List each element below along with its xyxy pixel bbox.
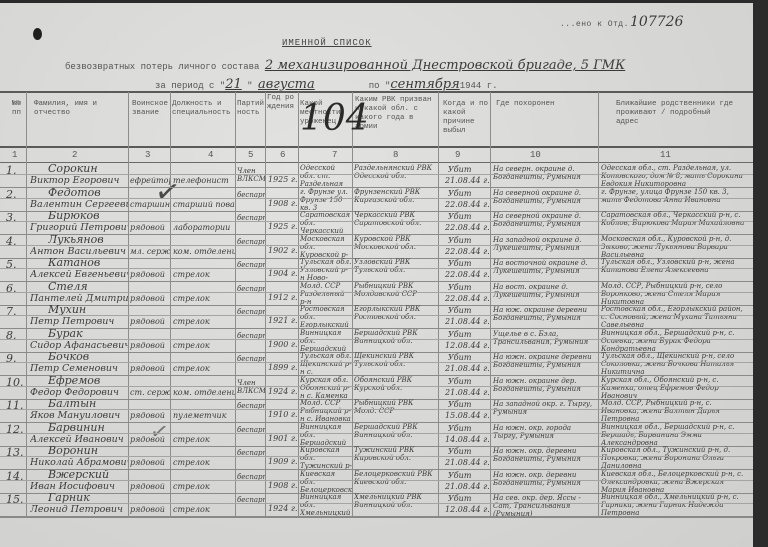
given-names: Николай Абрамович (30, 457, 128, 468)
birthplace: Саратовская обл. Черкасский р-н с. Кобло… (300, 211, 352, 234)
period-to-month: сентября (390, 77, 459, 92)
military-rank: рядовой (130, 294, 170, 303)
military-rank: рядовой (130, 341, 170, 350)
table-row: 3.БирюковГригорий Петровичрядовойлаборат… (0, 211, 753, 235)
military-rank: рядовой (130, 482, 170, 491)
position: ком. отделения (173, 247, 235, 256)
next-of-kin-address: Тульская обл., Узловский р-н, жена Катан… (601, 258, 749, 281)
military-rank: рядовой (130, 435, 170, 444)
birthplace: Ростовская обл. Егорлыкский р-н с. Сосно… (300, 305, 352, 328)
party-membership: беспартийный (237, 191, 265, 211)
table-row: 1.СорокинВиктор Егоровичефрейтортелефони… (0, 164, 753, 188)
loss-date: 12.08.44 г. (445, 505, 489, 514)
burial-place: На западной окраине д. Лукешешты, Румыни… (493, 236, 597, 258)
birthplace: г. Фрунзе ул. Фрунзе 150 кв. 3 (300, 188, 352, 211)
military-rank: ст. сержант (130, 388, 170, 397)
birth-year: 1908 г. (268, 481, 298, 490)
birth-year: 1902 г. (268, 246, 298, 255)
conscription-office: Щекинский РВК Тульской обл. (354, 352, 438, 375)
row-number: 2. (6, 188, 17, 201)
birth-year: 1925 г. (268, 175, 298, 184)
conscription-office: Обоянский РВК Курской обл. (354, 376, 438, 399)
position: стрелок (173, 505, 235, 514)
row-number: 6. (6, 282, 17, 295)
burial-place: На южн. окр. города Тыргу, Румыния (493, 424, 597, 446)
row-subdivider (0, 268, 753, 269)
loss-status: Убит (448, 377, 488, 386)
next-of-kin-address: Винницкая обл., Хмельницкий р-н, с. Гарн… (601, 493, 749, 516)
birthplace: Тульская обл. Узловский р-н Ново-Москов (300, 258, 352, 281)
period-to-prefix: по " (369, 81, 391, 91)
row-number: 4. (6, 235, 17, 248)
row-number: 15. (6, 493, 24, 506)
birthplace: Киевская обл. Белоцерковский р-н с. Олек… (300, 470, 352, 493)
header-col-5: Партийность (237, 100, 264, 118)
header-col-11: Ближайшие родственники где проживают / п… (616, 100, 736, 127)
next-of-kin-address: Московская обл., Куровской р-н, д. Зыков… (601, 235, 749, 258)
row-number: 9. (6, 352, 17, 365)
loss-date: 21.08.44 г. (445, 364, 489, 373)
next-of-kin-address: Молд. ССР, Рыбницкий р-н, село Воронково… (601, 282, 749, 305)
row-subdivider (0, 339, 753, 340)
loss-status: Убит (448, 165, 488, 174)
row-number: 11. (6, 399, 24, 412)
next-of-kin-address: Молд. ССР, Рыбницкий р-н, с. Ивановка, ж… (601, 399, 749, 422)
given-names: Яков Мануилович (30, 410, 128, 421)
colnum-7: 7 (332, 150, 337, 160)
party-membership: беспартийный (237, 449, 265, 469)
document-subtitle: безвозвратных потерь личного состава 2 м… (65, 58, 625, 73)
military-rank: рядовой (130, 364, 170, 373)
conscription-office: Узловский РВК Тульской обл. (354, 258, 438, 281)
burial-place: На южн. окр. деревни Богданешты, Румыния (493, 471, 597, 493)
burial-place: На северной окраине д. Богданешты, Румын… (493, 189, 597, 211)
burial-place: На юж. окраине деревни Богданешты, Румын… (493, 306, 597, 328)
table-row: 13.ВоронинНиколай Абрамовичрядовойстрело… (0, 446, 753, 470)
document-period: за период с "21 " августа по "сентября19… (155, 77, 498, 92)
next-of-kin-address: Киевская обл., Белоцерковский р-н, с. Ол… (601, 470, 749, 493)
row-number: 13. (6, 446, 24, 459)
table-top-border (0, 91, 753, 93)
loss-date: 21.08.44 г. (445, 176, 489, 185)
burial-place: На южн. окраине дер. Богданешты, Румыния (493, 377, 597, 399)
party-membership: беспартийный (237, 355, 265, 375)
birth-year: 1910 г. (268, 410, 298, 419)
loss-status: Убит (448, 353, 488, 362)
document-sheet: ...ено к Отд. 107726 ИМЕННОЙ СПИСОК безв… (0, 0, 753, 547)
conscription-office: Егорлыкский РВК Ростовской обл. (354, 305, 438, 328)
birth-year: 1901 г. (268, 434, 298, 443)
loss-date: 22.08.44 г. (445, 200, 489, 209)
colnum-3: 3 (145, 150, 150, 160)
loss-date: 22.08.44 г. (445, 247, 489, 256)
next-of-kin-address: Тульская обл., Щекинский р-н, село Сокол… (601, 352, 749, 375)
burial-place: На южн. окраине деревни Богданешты, Румы… (493, 353, 597, 375)
loss-status: Убит (448, 330, 488, 339)
header-col-1: №№ пп (12, 100, 26, 118)
military-rank: старшина (130, 200, 170, 209)
row-subdivider (0, 480, 753, 481)
row-number: 7. (6, 305, 17, 318)
birth-year: 1900 г. (268, 340, 298, 349)
party-membership: беспартийный (237, 214, 265, 234)
scan-top-edge (0, 0, 753, 3)
military-rank: рядовой (130, 317, 170, 326)
burial-place: Ущелье в с. Бэла, Трансильвания, Румыния (493, 330, 597, 352)
next-of-kin-address: г. Фрунзе, улица Фрунзе 150 кв. 3, мать … (601, 188, 749, 211)
colnum-11: 11 (660, 150, 671, 160)
loss-date: 21.08.44 г. (445, 482, 489, 491)
colnum-2: 2 (72, 150, 77, 160)
row-number: 3. (6, 211, 17, 224)
birth-year: 1904 г. (268, 269, 298, 278)
loss-status: Убит (448, 424, 488, 433)
loss-status: Убит (448, 400, 488, 409)
given-names: Алексей Евгеньевич (30, 269, 128, 280)
table-bottom-border (0, 517, 753, 518)
conscription-office: Тужинский РВК Кировской обл. (354, 446, 438, 469)
conscription-office: Куровской РВК Московской обл. (354, 235, 438, 258)
burial-place: На северн. окраине д. Богданешты, Румыни… (493, 165, 597, 187)
position: стрелок (173, 341, 235, 350)
next-of-kin-address: Винницкая обл., Бершадский р-н, с. Берша… (601, 423, 749, 446)
party-membership: беспартийный (237, 308, 265, 328)
burial-place: На сев. окр. дер. Яссы - Сат, Трансильва… (493, 494, 597, 516)
loss-date: 21.08.44 г. (445, 388, 489, 397)
position: лаборатории (173, 223, 235, 232)
period-from-month: августа (258, 77, 315, 92)
birth-year: 1921 г. (268, 316, 298, 325)
row-number: 1. (6, 164, 17, 177)
margin-handwritten-number: 104 (300, 98, 369, 139)
conscription-office: Рыбницкий РВК Молд. ССР (354, 399, 438, 422)
birth-year: 1925 г. (268, 222, 298, 231)
position: стрелок (173, 435, 235, 444)
position: стрелок (173, 482, 235, 491)
colnum-8: 8 (393, 150, 398, 160)
row-subdivider (0, 456, 753, 457)
header-col-3: Воинское звание (132, 100, 170, 118)
given-names: Петр Семенович (30, 363, 128, 374)
conscription-office: Бершадский РВК Винницкой обл. (354, 423, 438, 446)
row-subdivider (0, 221, 753, 222)
military-rank: рядовой (130, 223, 170, 232)
military-rank: рядовой (130, 505, 170, 514)
table-row: 5.КатановАлексей Евгеньевичрядовойстрело… (0, 258, 753, 282)
colnum-9: 9 (455, 150, 460, 160)
row-subdivider (0, 386, 753, 387)
next-of-kin-address: Саратовская обл., Черкасский р-н, с. Коб… (601, 211, 749, 234)
loss-status: Убит (448, 494, 488, 503)
position: стрелок (173, 364, 235, 373)
loss-status: Убит (448, 447, 488, 456)
loss-date: 15.08.44 г. (445, 411, 489, 420)
table-row: 9.БочковПетр Семеновичрядовойстрелокбесп… (0, 352, 753, 376)
conscription-office: Хмельницкий РВК Винницкой обл. (354, 493, 438, 516)
row-subdivider (0, 503, 753, 504)
header-col-10: Где похоронен (496, 100, 596, 109)
next-of-kin-address: Винницкая обл., Бершадский р-н, с. Осиев… (601, 329, 749, 352)
given-names: Григорий Петрович (30, 222, 128, 233)
scan-right-edge (753, 0, 768, 547)
row-subdivider (0, 433, 753, 434)
colnum-5: 5 (248, 150, 253, 160)
birth-year: 1912 г. (268, 293, 298, 302)
archive-stamp-number: 107726 (630, 14, 683, 30)
party-membership: беспартийный (237, 285, 265, 305)
row-subdivider (0, 245, 753, 246)
birthplace: Московская обл. Куровской р-н д. Зыково (300, 235, 352, 258)
military-rank: рядовой (130, 458, 170, 467)
next-of-kin-address: Одесская обл., ст. Раздельная, ул. Котов… (601, 164, 749, 187)
conscription-office: Черкасский РВК Саратовской обл. (354, 211, 438, 234)
period-from-day: 21 (225, 77, 242, 92)
ink-blot (33, 28, 42, 40)
birthplace: Курская обл. Обоянский р-н с. Каменка (300, 376, 352, 399)
header-col-2: Фамилия, имя и отчество (34, 100, 124, 118)
birthplace: Винницкая обл. Хмельницкий р-н с. Гарнак… (300, 493, 352, 516)
loss-date: 12.08.44 г. (445, 341, 489, 350)
party-membership: беспартийный (237, 332, 265, 352)
header-bottom-border (0, 146, 753, 148)
header-col-6: Год рождения (267, 94, 295, 112)
burial-place: На северной окраине д. Богданешты, Румын… (493, 212, 597, 234)
birth-year: 1899 г. (268, 363, 298, 372)
document-title: ИМЕННОЙ СПИСОК (282, 38, 372, 48)
row-number: 14. (6, 470, 24, 483)
burial-place: На вост. окраине д. Лукешешты, Румыния (493, 283, 597, 305)
period-prefix: за период с " (155, 81, 225, 91)
position: стрелок (173, 458, 235, 467)
birthplace: Молд. ССР Раздельный р-н Воронково (300, 282, 352, 305)
military-rank: рядовой (130, 411, 170, 420)
colnum-10: 10 (530, 150, 541, 160)
loss-status: Убит (448, 471, 488, 480)
colnum-4: 4 (208, 150, 213, 160)
colnum-1: 1 (12, 150, 17, 160)
conscription-office: Рыбницкий РВК Молдавской ССР (354, 282, 438, 305)
row-subdivider (0, 292, 753, 293)
party-membership: Член ВЛКСМ (237, 379, 265, 399)
loss-date: 22.08.44 г. (445, 223, 489, 232)
conscription-office: Белоцерковский РВК Киевской обл. (354, 470, 438, 493)
given-names: Петр Петрович (30, 316, 128, 327)
position: старший повар (173, 200, 235, 209)
loss-date: 22.08.44 г. (445, 270, 489, 279)
row-subdivider (0, 198, 753, 199)
birthplace: Молд. ССР Рыбницкий р-н с. Ивановка (300, 399, 352, 422)
loss-status: Убит (448, 306, 488, 315)
loss-date: 14.08.44 г. (445, 435, 489, 444)
party-membership: беспартийный (237, 261, 265, 281)
burial-place: На западной окр. г. Тыргу, Румыния (493, 400, 597, 422)
birthplace: Кировская обл. Тужинский р-н д. Покровка (300, 446, 352, 469)
position: пулеметчик (173, 411, 235, 420)
military-rank: мл. сержант (130, 247, 170, 256)
next-of-kin-address: Кировская обл., Тужинский р-н, д. Покров… (601, 446, 749, 469)
party-membership: беспартийный (237, 402, 265, 422)
period-year: 1944 г. (460, 81, 498, 91)
party-membership: Член ВЛКСМ (237, 167, 265, 187)
birthplace: Одесской обл. ст. Раздельная Котовского (300, 164, 352, 187)
row-subdivider (0, 362, 753, 363)
position: телефонист (173, 176, 235, 185)
loss-status: Убит (448, 259, 488, 268)
party-membership: беспартийный (237, 426, 265, 446)
given-names: Леонид Петрович (30, 504, 128, 515)
conscription-office: Раздельнянский РВК Одесской обл. (354, 164, 438, 187)
loss-status: Убит (448, 236, 488, 245)
position: стрелок (173, 270, 235, 279)
next-of-kin-address: Ростовская обл., Егорлыкский район, с. С… (601, 305, 749, 328)
birthplace: Винницкая обл. Бершадский р-н с. Бершадь (300, 423, 352, 446)
position: стрелок (173, 317, 235, 326)
birth-year: 1909 г. (268, 457, 298, 466)
conscription-office: Бершадский РВК Винницкой обл. (354, 329, 438, 352)
loss-status: Убит (448, 283, 488, 292)
position: ком. отделения (173, 388, 235, 397)
table-row: 7.МухинПетр Петровичрядовойстрелокбеспар… (0, 305, 753, 329)
loss-date: 21.08.44 г. (445, 317, 489, 326)
burial-place: На южн. окр. деревни Богданешты, Румыния (493, 447, 597, 469)
birthplace: Винницкая обл. Бершадский р-н с. Осиевка (300, 329, 352, 352)
given-names: Виктор Егорович (30, 175, 128, 186)
burial-place: На восточной окраине д. Лукешешты, Румын… (493, 259, 597, 281)
subtitle-prefix: безвозвратных потерь личного состава (65, 62, 259, 72)
birth-year: 1908 г. (268, 199, 298, 208)
archive-stamp: ...ено к Отд. (560, 20, 629, 29)
row-subdivider (0, 409, 753, 410)
row-subdivider (0, 315, 753, 316)
table-row: 15.ГарникЛеонид Петровичрядовойстрелокбе… (0, 493, 753, 517)
birth-year: 1924 г. (268, 504, 298, 513)
military-rank: рядовой (130, 270, 170, 279)
colnum-6: 6 (280, 150, 285, 160)
party-membership: беспартийный (237, 496, 265, 516)
next-of-kin-address: Курская обл., Обоянский р-н, с. Каменка,… (601, 376, 749, 399)
header-col-9: Когда и по какой причине выбыл (443, 100, 489, 136)
military-rank: ефрейтор (130, 176, 170, 185)
party-membership: беспартийный (237, 238, 265, 258)
party-membership: беспартийный (237, 473, 265, 493)
loss-date: 21.08.44 г. (445, 458, 489, 467)
unit-name: 2 механизированной Днестровской бригаде,… (265, 58, 625, 73)
row-number: 8. (6, 329, 17, 342)
row-number: 5. (6, 258, 17, 271)
header-col-4: Должность и специальность (172, 100, 234, 118)
loss-status: Убит (448, 189, 488, 198)
table-row: 11.БалтынЯков Мануиловичрядовойпулеметчи… (0, 399, 753, 423)
row-subdivider (0, 174, 753, 175)
loss-date: 22.08.44 г. (445, 294, 489, 303)
conscription-office: Фрунзенский РВК Киргизской обл. (354, 188, 438, 211)
birthplace: Тульская обл. Щекинский р-н с. Соколовка (300, 352, 352, 375)
position: стрелок (173, 294, 235, 303)
birth-year: 1924 г. (268, 387, 298, 396)
loss-status: Убит (448, 212, 488, 221)
row-number: 12. (6, 423, 24, 436)
row-number: 10. (6, 376, 24, 389)
